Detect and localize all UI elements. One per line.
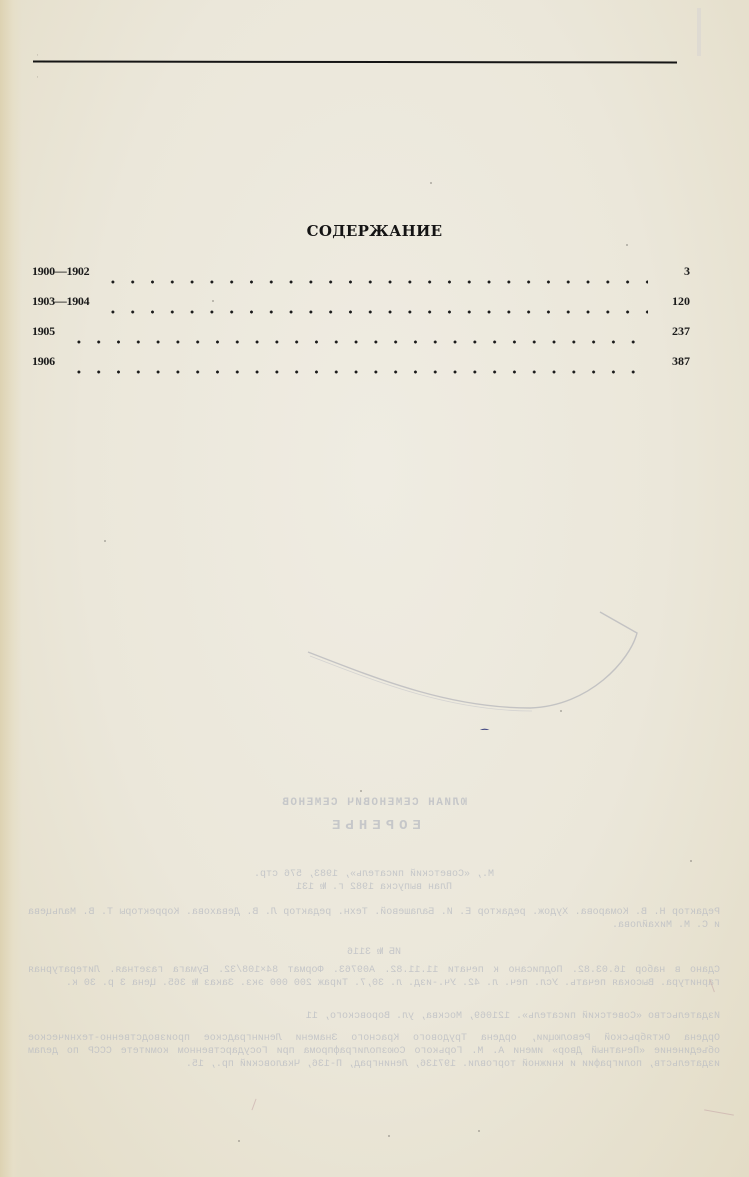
bleed-through-printer: Ордена Октябрьской Революции, ордена Тру… [28, 1032, 720, 1071]
dot-leader [69, 340, 648, 344]
header-mark-left: · [36, 50, 39, 60]
toc-entry-label: 1906 [32, 354, 69, 369]
toc-entry-page: 3 [648, 264, 690, 279]
bleed-through-imprint-line2: План выпуска 1982 г. № 131 [28, 881, 720, 894]
bleed-through-print-details: Сдано в набор 16.03.82. Подписано к печа… [28, 964, 720, 990]
page-binding-shadow [0, 0, 22, 1177]
toc-entry[interactable]: 1906 387 [32, 354, 690, 384]
bleed-through-staff: Редактор Н. В. Комарова. Худож. редактор… [28, 906, 720, 932]
bleed-through-title: ЕОРЕНЬЕ [28, 820, 720, 833]
bleed-through-imprint: М., «Советский писатель», 1983, 576 стр.… [28, 868, 720, 894]
toc-entry-page: 120 [648, 294, 690, 309]
table-of-contents: 1900—1902 3 1903—1904 120 1905 237 1906 … [32, 264, 690, 384]
toc-title: СОДЕРЖАНИЕ [0, 222, 749, 240]
toc-entry-label: 1905 [32, 324, 69, 339]
paper-background [0, 0, 749, 1177]
toc-entry[interactable]: 1903—1904 120 [32, 294, 690, 324]
toc-entry-page: 387 [648, 354, 690, 369]
pencil-mark [300, 600, 660, 730]
dot-leader [69, 370, 648, 374]
page-edge-mark [697, 8, 701, 56]
dot-leader [103, 280, 648, 284]
bleed-through-imprint-line1: М., «Советский писатель», 1983, 576 стр. [28, 868, 720, 881]
toc-entry-label: 1900—1902 [32, 264, 103, 279]
dot-leader [103, 310, 648, 314]
bleed-through-isbn: ИБ № 3116 [28, 946, 720, 959]
bleed-through-publisher: Издательство «Советский писатель». 12106… [28, 1010, 720, 1023]
toc-entry[interactable]: 1905 237 [32, 324, 690, 354]
toc-entry-page: 237 [648, 324, 690, 339]
bleed-through-author: ЮЛИАН СЕМЕНОВИЧ СЕМЕНОВ [28, 797, 720, 810]
toc-entry[interactable]: 1900—1902 3 [32, 264, 690, 294]
toc-entry-label: 1903—1904 [32, 294, 103, 309]
header-mark-left-lower: · [36, 72, 39, 82]
